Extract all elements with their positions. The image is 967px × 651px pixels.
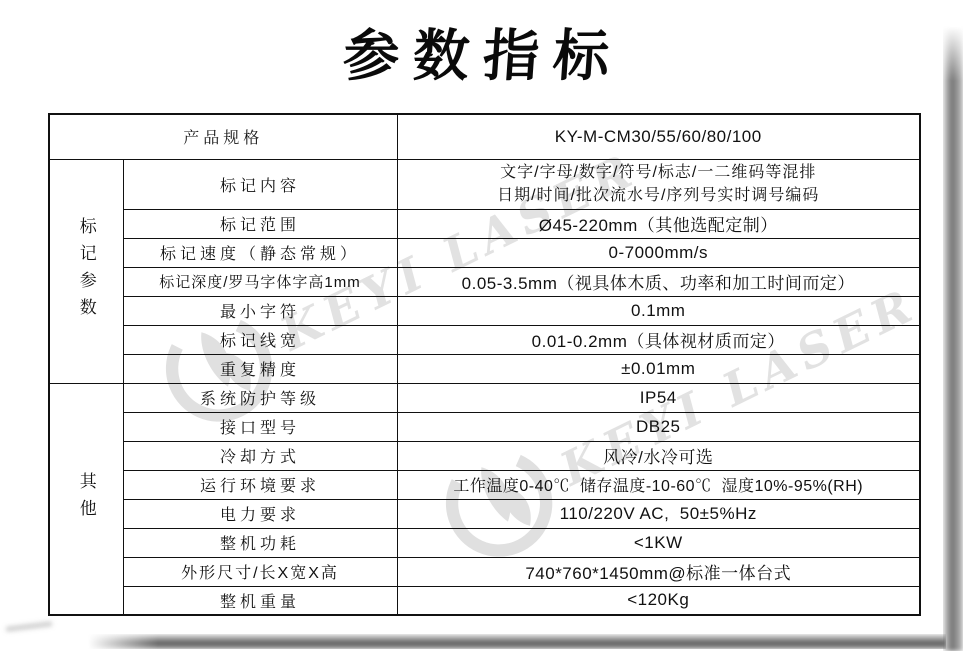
row-value: 0.05-3.5mm（视具体木质、功率和加工时间而定） <box>397 267 920 296</box>
row-label: 整机重量 <box>123 586 397 615</box>
row-value: 0.1mm <box>397 296 920 325</box>
row-value: 风冷/水冷可选 <box>397 441 920 470</box>
row-label: 重复精度 <box>123 354 397 383</box>
table-row: 标记速度（静态常规） 0-7000mm/s <box>49 238 920 267</box>
row-value: 0-7000mm/s <box>397 238 920 267</box>
table-row: 标记深度/罗马字体字高1mm 0.05-3.5mm（视具体木质、功率和加工时间而… <box>49 267 920 296</box>
table-row: 运行环境要求 工作温度0-40℃ 储存温度-10-60℃ 湿度10%-95%(R… <box>49 470 920 499</box>
product-spec-value: KY-M-CM30/55/60/80/100 <box>397 114 920 159</box>
product-spec-label: 产品规格 <box>49 114 397 159</box>
table-row: 整机功耗 <1KW <box>49 528 920 557</box>
row-label: 系统防护等级 <box>123 383 397 412</box>
row-value: 工作温度0-40℃ 储存温度-10-60℃ 湿度10%-95%(RH) <box>397 470 920 499</box>
row-value: <1KW <box>397 528 920 557</box>
table-row: 标记线宽 0.01-0.2mm（具体视材质而定） <box>49 325 920 354</box>
row-value: 文字/字母/数字/符号/标志/一二维码等混排 日期/时间/批次流水号/序列号实时… <box>397 159 920 209</box>
row-value-line2: 日期/时间/批次流水号/序列号实时调号编码 <box>402 184 915 207</box>
spec-sheet-page: 参数指标 KEYI LASER KEYI LASER 产品规格 KY-M-CM3… <box>0 0 967 651</box>
table-row: 标记范围 Ø45-220mm（其他选配定制） <box>49 209 920 238</box>
row-value: Ø45-220mm（其他选配定制） <box>397 209 920 238</box>
row-value: IP54 <box>397 383 920 412</box>
row-label: 标记范围 <box>123 209 397 238</box>
row-label: 标记内容 <box>123 159 397 209</box>
row-value: 110/220V AC, 50±5%Hz <box>397 499 920 528</box>
section-label-marking-params: 标记参数 <box>49 159 123 383</box>
row-value-line1: 文字/字母/数字/符号/标志/一二维码等混排 <box>402 161 915 184</box>
row-label: 标记速度（静态常规） <box>123 238 397 267</box>
table-row: 标记参数 标记内容 文字/字母/数字/符号/标志/一二维码等混排 日期/时间/批… <box>49 159 920 209</box>
row-label: 外形尺寸/长X宽X高 <box>123 557 397 586</box>
page-title: 参数指标 <box>0 12 967 92</box>
page-edge-shadow-right <box>943 26 963 651</box>
row-label: 冷却方式 <box>123 441 397 470</box>
table-row: 其他 系统防护等级 IP54 <box>49 383 920 412</box>
row-label: 整机功耗 <box>123 528 397 557</box>
table-row: 外形尺寸/长X宽X高 740*760*1450mm@标准一体台式 <box>49 557 920 586</box>
row-label: 标记深度/罗马字体字高1mm <box>123 267 397 296</box>
table-row: 整机重量 <120Kg <box>49 586 920 615</box>
row-value: <120Kg <box>397 586 920 615</box>
page-edge-shadow-corner <box>6 621 52 632</box>
section-label-others: 其他 <box>49 383 123 615</box>
row-label: 最小字符 <box>123 296 397 325</box>
page-edge-shadow-bottom <box>88 634 946 649</box>
row-value: 740*760*1450mm@标准一体台式 <box>397 557 920 586</box>
row-label: 接口型号 <box>123 412 397 441</box>
row-label: 电力要求 <box>123 499 397 528</box>
table-row: 接口型号 DB25 <box>49 412 920 441</box>
row-value: DB25 <box>397 412 920 441</box>
row-value: 0.01-0.2mm（具体视材质而定） <box>397 325 920 354</box>
table-row: 重复精度 ±0.01mm <box>49 354 920 383</box>
table-row: 电力要求 110/220V AC, 50±5%Hz <box>49 499 920 528</box>
row-label: 运行环境要求 <box>123 470 397 499</box>
table-row: 冷却方式 风冷/水冷可选 <box>49 441 920 470</box>
row-label: 标记线宽 <box>123 325 397 354</box>
table-row: 产品规格 KY-M-CM30/55/60/80/100 <box>49 114 920 159</box>
spec-table: 产品规格 KY-M-CM30/55/60/80/100 标记参数 标记内容 文字… <box>48 113 921 616</box>
table-row: 最小字符 0.1mm <box>49 296 920 325</box>
row-value: ±0.01mm <box>397 354 920 383</box>
